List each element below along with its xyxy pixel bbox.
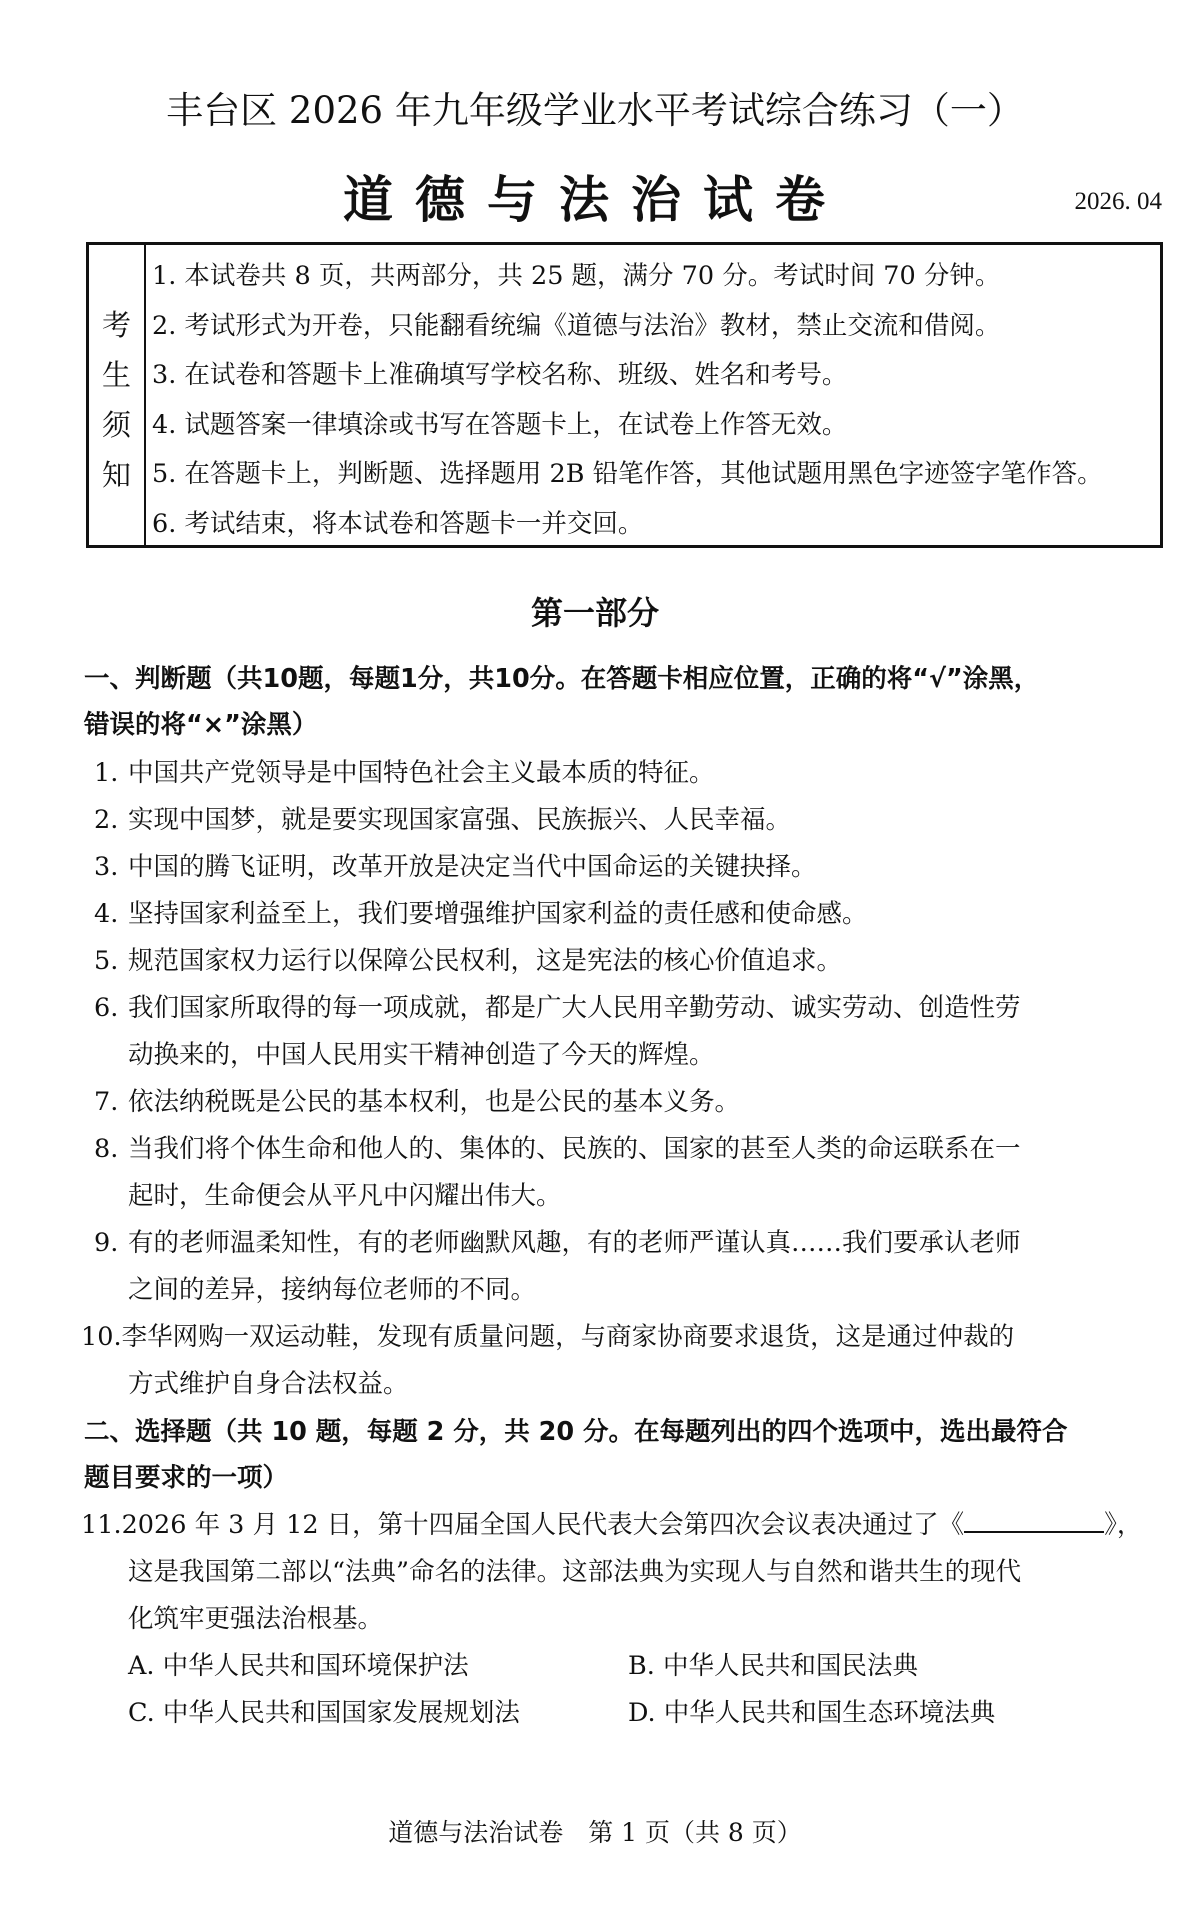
question-2: 2.实现中国梦，就是要实现国家富强、民族振兴、人民幸福。 bbox=[94, 797, 1164, 844]
exam-header-title: 丰台区 2026 年九年级学业水平考试综合练习（一） bbox=[0, 80, 1190, 134]
question-number: 10. bbox=[81, 1314, 122, 1361]
question-text-continued: 这是我国第二部以“法典”命名的法律。这部法典为实现人与自然和谐共生的现代 bbox=[94, 1549, 1164, 1596]
question-number: 2. bbox=[94, 797, 128, 844]
option-key: C. bbox=[128, 1698, 155, 1728]
question-text: 》， bbox=[1104, 1510, 1142, 1540]
notice-item: 4. 试题答案一律填涂或书写在答题卡上，在试卷上作答无效。 bbox=[152, 401, 1160, 451]
notice-label: 考 生 须 知 bbox=[89, 245, 146, 545]
question-text-continued: 起时，生命便会从平凡中闪耀出伟大。 bbox=[94, 1173, 1164, 1220]
question-3: 3.中国的腾飞证明，改革开放是决定当代中国命运的关键抉择。 bbox=[94, 844, 1164, 891]
question-text: 实现中国梦，就是要实现国家富强、民族振兴、人民幸福。 bbox=[128, 805, 791, 835]
question-text: 当我们将个体生命和他人的、集体的、民族的、国家的甚至人类的命运联系在一 bbox=[128, 1134, 1021, 1164]
notice-item: 2. 考试形式为开卷，只能翻看统编《道德与法治》教材，禁止交流和借阅。 bbox=[152, 302, 1160, 352]
question-text-continued: 动换来的，中国人民用实干精神创造了今天的辉煌。 bbox=[94, 1032, 1164, 1079]
section-heading-line: 一、判断题（共10题，每题1分，共10分。在答题卡相应位置，正确的将“√”涂黑， bbox=[84, 656, 1164, 702]
question-text: 我们国家所取得的每一项成就，都是广大人民用辛勤劳动、诚实劳动、创造性劳 bbox=[128, 993, 1021, 1023]
option-row: A. 中华人民共和国环境保护法 B. 中华人民共和国民法典 bbox=[128, 1643, 1128, 1690]
question-text-continued: 方式维护自身合法权益。 bbox=[94, 1361, 1164, 1408]
exam-page: 丰台区 2026 年九年级学业水平考试综合练习（一） 道德与法治试卷 2026.… bbox=[0, 0, 1190, 1912]
question-8: 8.当我们将个体生命和他人的、集体的、民族的、国家的甚至人类的命运联系在一 起时… bbox=[94, 1126, 1164, 1220]
question-4: 4.坚持国家利益至上，我们要增强维护国家利益的责任感和使命感。 bbox=[94, 891, 1164, 938]
question-number: 11. bbox=[81, 1502, 122, 1549]
notice-item: 6. 考试结束，将本试卷和答题卡一并交回。 bbox=[152, 500, 1160, 550]
question-number: 6. bbox=[94, 985, 128, 1032]
question-5: 5.规范国家权力运行以保障公民权利，这是宪法的核心价值追求。 bbox=[94, 938, 1164, 985]
notice-label-char: 考 bbox=[102, 300, 131, 350]
question-text: 规范国家权力运行以保障公民权利，这是宪法的核心价值追求。 bbox=[128, 946, 842, 976]
option-d: D. 中华人民共和国生态环境法典 bbox=[628, 1690, 1128, 1737]
option-key: B. bbox=[628, 1651, 655, 1681]
question-text: 中国的腾飞证明，改革开放是决定当代中国命运的关键抉择。 bbox=[128, 852, 817, 882]
notice-label-char: 须 bbox=[102, 400, 131, 450]
option-a: A. 中华人民共和国环境保护法 bbox=[128, 1643, 628, 1690]
option-key: D. bbox=[628, 1698, 656, 1728]
question-text: 坚持国家利益至上，我们要增强维护国家利益的责任感和使命感。 bbox=[128, 899, 868, 929]
notice-item: 3. 在试卷和答题卡上准确填写学校名称、班级、姓名和考号。 bbox=[152, 351, 1160, 401]
section-heading-multiple-choice: 二、选择题（共 10 题，每题 2 分，共 20 分。在每题列出的四个选项中，选… bbox=[84, 1409, 1164, 1501]
section-heading-line: 二、选择题（共 10 题，每题 2 分，共 20 分。在每题列出的四个选项中，选… bbox=[84, 1409, 1164, 1455]
candidate-notice-box: 考 生 须 知 1. 本试卷共 8 页，共两部分，共 25 题，满分 70 分。… bbox=[86, 242, 1163, 548]
answer-blank bbox=[964, 1505, 1104, 1533]
part-title: 第一部分 bbox=[0, 588, 1190, 634]
option-text: 中华人民共和国国家发展规划法 bbox=[163, 1698, 520, 1728]
question-text: 2026 年 3 月 12 日，第十四届全国人民代表大会第四次会议表决通过了《 bbox=[122, 1510, 965, 1540]
question-number: 3. bbox=[94, 844, 128, 891]
option-text: 中华人民共和国生态环境法典 bbox=[664, 1698, 996, 1728]
section-heading-true-false: 一、判断题（共10题，每题1分，共10分。在答题卡相应位置，正确的将“√”涂黑，… bbox=[84, 656, 1164, 748]
option-key: A. bbox=[128, 1651, 155, 1681]
question-10: 10.李华网购一双运动鞋，发现有质量问题，与商家协商要求退货，这是通过仲裁的 方… bbox=[94, 1314, 1164, 1408]
option-b: B. 中华人民共和国民法典 bbox=[628, 1643, 1128, 1690]
question-text-continued: 之间的差异，接纳每位老师的不同。 bbox=[94, 1267, 1164, 1314]
question-text: 中国共产党领导是中国特色社会主义最本质的特征。 bbox=[128, 758, 715, 788]
question-11-options: A. 中华人民共和国环境保护法 B. 中华人民共和国民法典 C. 中华人民共和国… bbox=[128, 1643, 1128, 1737]
question-text: 有的老师温柔知性，有的老师幽默风趣，有的老师严谨认真……我们要承认老师 bbox=[128, 1228, 1021, 1258]
page-footer: 道德与法治试卷 第 1 页（共 8 页） bbox=[0, 1813, 1190, 1849]
question-6: 6.我们国家所取得的每一项成就，都是广大人民用辛勤劳动、诚实劳动、创造性劳 动换… bbox=[94, 985, 1164, 1079]
option-text: 中华人民共和国环境保护法 bbox=[163, 1651, 469, 1681]
question-text: 依法纳税既是公民的基本权利，也是公民的基本义务。 bbox=[128, 1087, 740, 1117]
question-text-continued: 化筑牢更强法治根基。 bbox=[94, 1596, 1164, 1643]
section-heading-line: 题目要求的一项） bbox=[84, 1455, 1164, 1501]
notice-item: 5. 在答题卡上，判断题、选择题用 2B 铅笔作答，其他试题用黑色字迹签字笔作答… bbox=[152, 450, 1160, 500]
question-number: 9. bbox=[94, 1220, 128, 1267]
subject-title: 道德与法治试卷 bbox=[0, 160, 1190, 232]
option-row: C. 中华人民共和国国家发展规划法 D. 中华人民共和国生态环境法典 bbox=[128, 1690, 1128, 1737]
notice-list: 1. 本试卷共 8 页，共两部分，共 25 题，满分 70 分。考试时间 70 … bbox=[146, 245, 1160, 545]
option-text: 中华人民共和国民法典 bbox=[663, 1651, 918, 1681]
question-11: 11.2026 年 3 月 12 日，第十四届全国人民代表大会第四次会议表决通过… bbox=[94, 1502, 1164, 1643]
question-number: 1. bbox=[94, 750, 128, 797]
question-9: 9.有的老师温柔知性，有的老师幽默风趣，有的老师严谨认真……我们要承认老师 之间… bbox=[94, 1220, 1164, 1314]
notice-label-char: 生 bbox=[102, 350, 131, 400]
option-c: C. 中华人民共和国国家发展规划法 bbox=[128, 1690, 628, 1737]
question-number: 5. bbox=[94, 938, 128, 985]
question-7: 7.依法纳税既是公民的基本权利，也是公民的基本义务。 bbox=[94, 1079, 1164, 1126]
question-number: 4. bbox=[94, 891, 128, 938]
question-number: 8. bbox=[94, 1126, 128, 1173]
question-number: 7. bbox=[94, 1079, 128, 1126]
notice-item: 1. 本试卷共 8 页，共两部分，共 25 题，满分 70 分。考试时间 70 … bbox=[152, 252, 1160, 302]
question-1: 1.中国共产党领导是中国特色社会主义最本质的特征。 bbox=[94, 750, 1164, 797]
notice-label-char: 知 bbox=[102, 450, 131, 500]
section-heading-line: 错误的将“×”涂黑） bbox=[84, 702, 1164, 748]
question-text: 李华网购一双运动鞋，发现有质量问题，与商家协商要求退货，这是通过仲裁的 bbox=[122, 1322, 1015, 1352]
exam-date: 2026. 04 bbox=[1075, 188, 1163, 216]
